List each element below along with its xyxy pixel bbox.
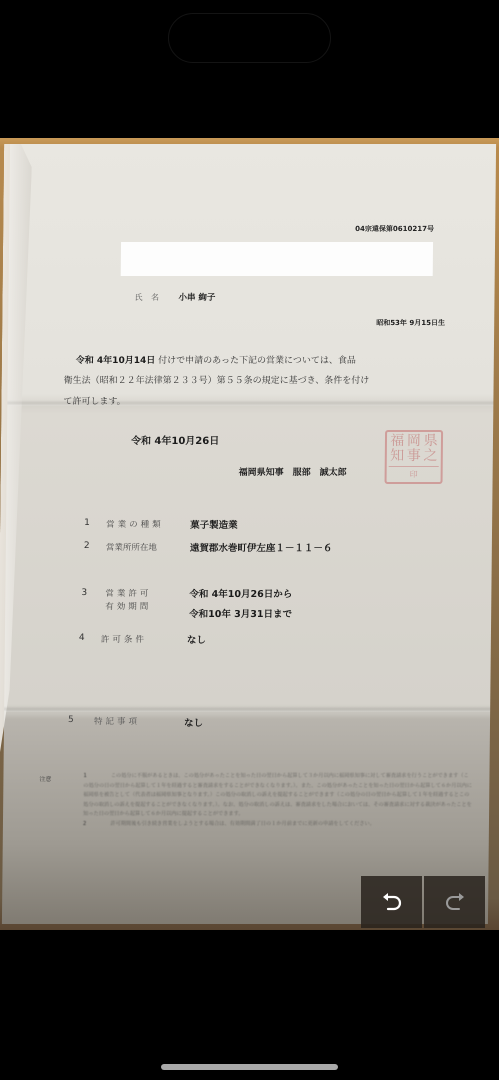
birth-date: 昭和53年 9月15日生 — [376, 318, 445, 328]
note-text: 許可期間後も引き続き営業をしようとする場合は、有効期間満了日の１か月前までに更新… — [110, 821, 375, 827]
item-number: 5 — [68, 715, 74, 725]
redaction-box — [121, 242, 433, 276]
permit-document: 04宗遠保第0610217号 氏 名 小串 絢子 昭和53年 9月15日生 令和… — [2, 144, 496, 924]
body-line-3: て許可します。 — [63, 394, 125, 407]
notes-label: 注意 — [39, 774, 51, 783]
item-label-business-type: 営業の種類 — [106, 518, 164, 530]
seal-char: 之 — [422, 449, 439, 464]
name-value: 小串 絢子 — [178, 291, 215, 303]
name-label: 氏 名 — [134, 292, 162, 303]
note-number: 1 — [83, 773, 86, 779]
item-value-location: 遠賀郡水巻町伊左座１－１１－６ — [190, 540, 333, 554]
item-value-conditions: なし — [187, 632, 206, 646]
body-line-1-text: 付けで申請のあった下記の営業については、食品 — [155, 356, 356, 366]
item-number: 4 — [79, 633, 85, 643]
seal-char: 印 — [389, 466, 439, 482]
home-indicator[interactable] — [161, 1064, 338, 1070]
seal-char: 岡 — [406, 434, 423, 449]
redo-icon — [442, 889, 468, 915]
body-line-2: 衛生法（昭和２２年法律第２３３号）第５５条の規定に基づき、条件を付け — [64, 373, 370, 386]
paper-edge — [0, 144, 32, 924]
undo-button[interactable] — [361, 876, 422, 928]
item-value-business-type: 菓子製造業 — [190, 517, 238, 531]
seal-char: 知 — [389, 449, 406, 464]
item-value-remarks: なし — [184, 715, 203, 729]
item-label-location: 営業所所在地 — [106, 541, 157, 553]
item-number: 3 — [81, 588, 87, 598]
notes-text: 1この処分に不服があるときは、この処分があったことを知った日の翌日から起算して３… — [83, 772, 474, 829]
redo-button[interactable] — [424, 876, 485, 928]
note-item: 1この処分に不服があるときは、この処分があったことを知った日の翌日から起算して３… — [83, 772, 473, 820]
document-photo: 04宗遠保第0610217号 氏 名 小串 絢子 昭和53年 9月15日生 令和… — [0, 138, 499, 930]
item-value-valid-from: 令和 4年10月26日から — [189, 586, 292, 600]
note-number: 2 — [83, 821, 86, 827]
body-line-1: 令和 4年10月14日 付けで申請のあった下記の営業については、食品 — [76, 353, 356, 366]
item-number: 2 — [84, 541, 90, 551]
note-item: 2許可期間後も引き続き営業をしようとする場合は、有効期間満了日の１か月前までに更… — [83, 820, 473, 830]
seal-char: 福 — [389, 434, 406, 449]
seal-char: 県 — [422, 434, 439, 449]
item-label-validity: 有効期間 — [105, 600, 151, 612]
dynamic-island — [168, 13, 331, 63]
item-value-valid-until: 令和10年 3月31日まで — [189, 606, 292, 620]
paper-crease — [4, 706, 490, 712]
official-seal: 福 岡 県 知 事 之 印 — [385, 430, 444, 484]
document-number: 04宗遠保第0610217号 — [355, 224, 434, 234]
edit-toolbar — [361, 876, 485, 928]
issue-date: 令和 4年10月26日 — [131, 432, 219, 447]
item-number: 1 — [84, 518, 90, 528]
seal-char: 事 — [405, 449, 422, 464]
item-label-permit: 営業許可 — [105, 587, 151, 599]
application-date: 令和 4年10月14日 — [76, 356, 156, 366]
item-label-conditions: 許可条件 — [101, 633, 147, 645]
note-text: この処分に不服があるときは、この処分があったことを知った日の翌日から起算して３か… — [83, 773, 472, 817]
undo-icon — [379, 889, 405, 915]
item-label-remarks: 特記事項 — [94, 715, 140, 727]
issuer-name: 福岡県知事 服部 誠太郎 — [239, 465, 347, 478]
